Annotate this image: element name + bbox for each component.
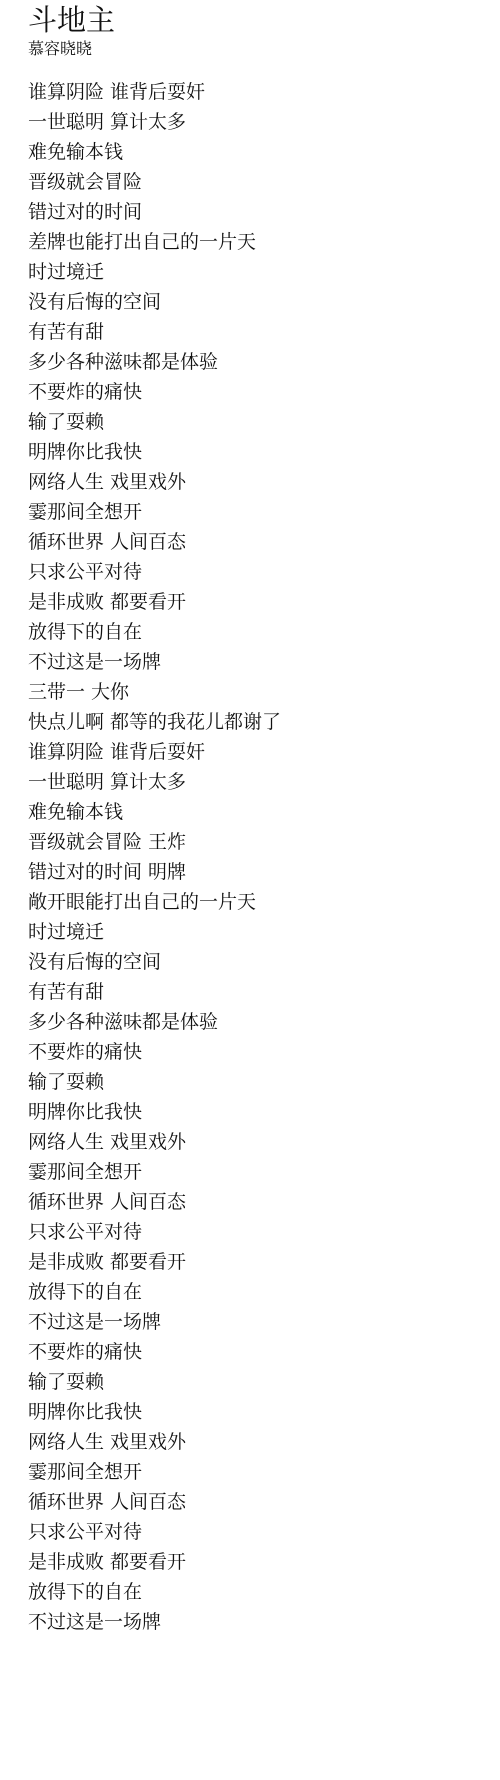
lyric-line: 晋级就会冒险 [28, 167, 476, 197]
lyric-line: 只求公平对待 [28, 1517, 476, 1547]
lyric-line: 明牌你比我快 [28, 1097, 476, 1127]
lyric-line: 差牌也能打出自己的一片天 [28, 227, 476, 257]
lyric-line: 只求公平对待 [28, 557, 476, 587]
lyric-line: 输了耍赖 [28, 1067, 476, 1097]
lyric-line: 难免输本钱 [28, 797, 476, 827]
lyric-line: 是非成败 都要看开 [28, 587, 476, 617]
lyrics-text: 谁算阴险 谁背后耍奸一世聪明 算计太多难免输本钱晋级就会冒险错过对的时间差牌也能… [28, 77, 476, 1637]
lyric-line: 输了耍赖 [28, 407, 476, 437]
lyric-line: 只求公平对待 [28, 1217, 476, 1247]
lyric-line: 循环世界 人间百态 [28, 1187, 476, 1217]
lyric-line: 错过对的时间 [28, 197, 476, 227]
lyric-line: 三带一 大你 [28, 677, 476, 707]
lyric-line: 不过这是一场牌 [28, 1607, 476, 1637]
lyric-line: 是非成败 都要看开 [28, 1547, 476, 1577]
lyric-line: 不要炸的痛快 [28, 1037, 476, 1067]
lyrics-page: 斗地主 慕容晓晓 谁算阴险 谁背后耍奸一世聪明 算计太多难免输本钱晋级就会冒险错… [0, 0, 500, 1637]
lyric-line: 谁算阴险 谁背后耍奸 [28, 77, 476, 107]
lyric-line: 霎那间全想开 [28, 1157, 476, 1187]
artist-name: 慕容晓晓 [28, 39, 476, 59]
lyric-line: 一世聪明 算计太多 [28, 107, 476, 137]
lyric-line: 放得下的自在 [28, 1577, 476, 1607]
lyric-line: 难免输本钱 [28, 137, 476, 167]
lyric-line: 敞开眼能打出自己的一片天 [28, 887, 476, 917]
lyric-line: 晋级就会冒险 王炸 [28, 827, 476, 857]
lyric-line: 放得下的自在 [28, 1277, 476, 1307]
lyric-line: 没有后悔的空间 [28, 947, 476, 977]
lyric-line: 不过这是一场牌 [28, 647, 476, 677]
lyric-line: 网络人生 戏里戏外 [28, 1127, 476, 1157]
lyric-line: 时过境迁 [28, 917, 476, 947]
lyric-line: 网络人生 戏里戏外 [28, 467, 476, 497]
lyric-line: 明牌你比我快 [28, 437, 476, 467]
lyric-line: 霎那间全想开 [28, 497, 476, 527]
lyric-line: 不要炸的痛快 [28, 1337, 476, 1367]
lyric-line: 一世聪明 算计太多 [28, 767, 476, 797]
lyric-line: 是非成败 都要看开 [28, 1247, 476, 1277]
lyric-line: 霎那间全想开 [28, 1457, 476, 1487]
lyric-line: 快点儿啊 都等的我花儿都谢了 [28, 707, 476, 737]
lyric-line: 明牌你比我快 [28, 1397, 476, 1427]
song-title: 斗地主 [28, 3, 476, 37]
lyric-line: 网络人生 戏里戏外 [28, 1427, 476, 1457]
lyric-line: 谁算阴险 谁背后耍奸 [28, 737, 476, 767]
lyric-line: 循环世界 人间百态 [28, 527, 476, 557]
lyric-line: 多少各种滋味都是体验 [28, 1007, 476, 1037]
lyric-line: 有苦有甜 [28, 977, 476, 1007]
lyric-line: 循环世界 人间百态 [28, 1487, 476, 1517]
lyric-line: 多少各种滋味都是体验 [28, 347, 476, 377]
lyric-line: 没有后悔的空间 [28, 287, 476, 317]
lyric-line: 输了耍赖 [28, 1367, 476, 1397]
lyric-line: 不过这是一场牌 [28, 1307, 476, 1337]
lyric-line: 不要炸的痛快 [28, 377, 476, 407]
lyric-line: 有苦有甜 [28, 317, 476, 347]
lyric-line: 放得下的自在 [28, 617, 476, 647]
lyric-line: 错过对的时间 明牌 [28, 857, 476, 887]
lyric-line: 时过境迁 [28, 257, 476, 287]
